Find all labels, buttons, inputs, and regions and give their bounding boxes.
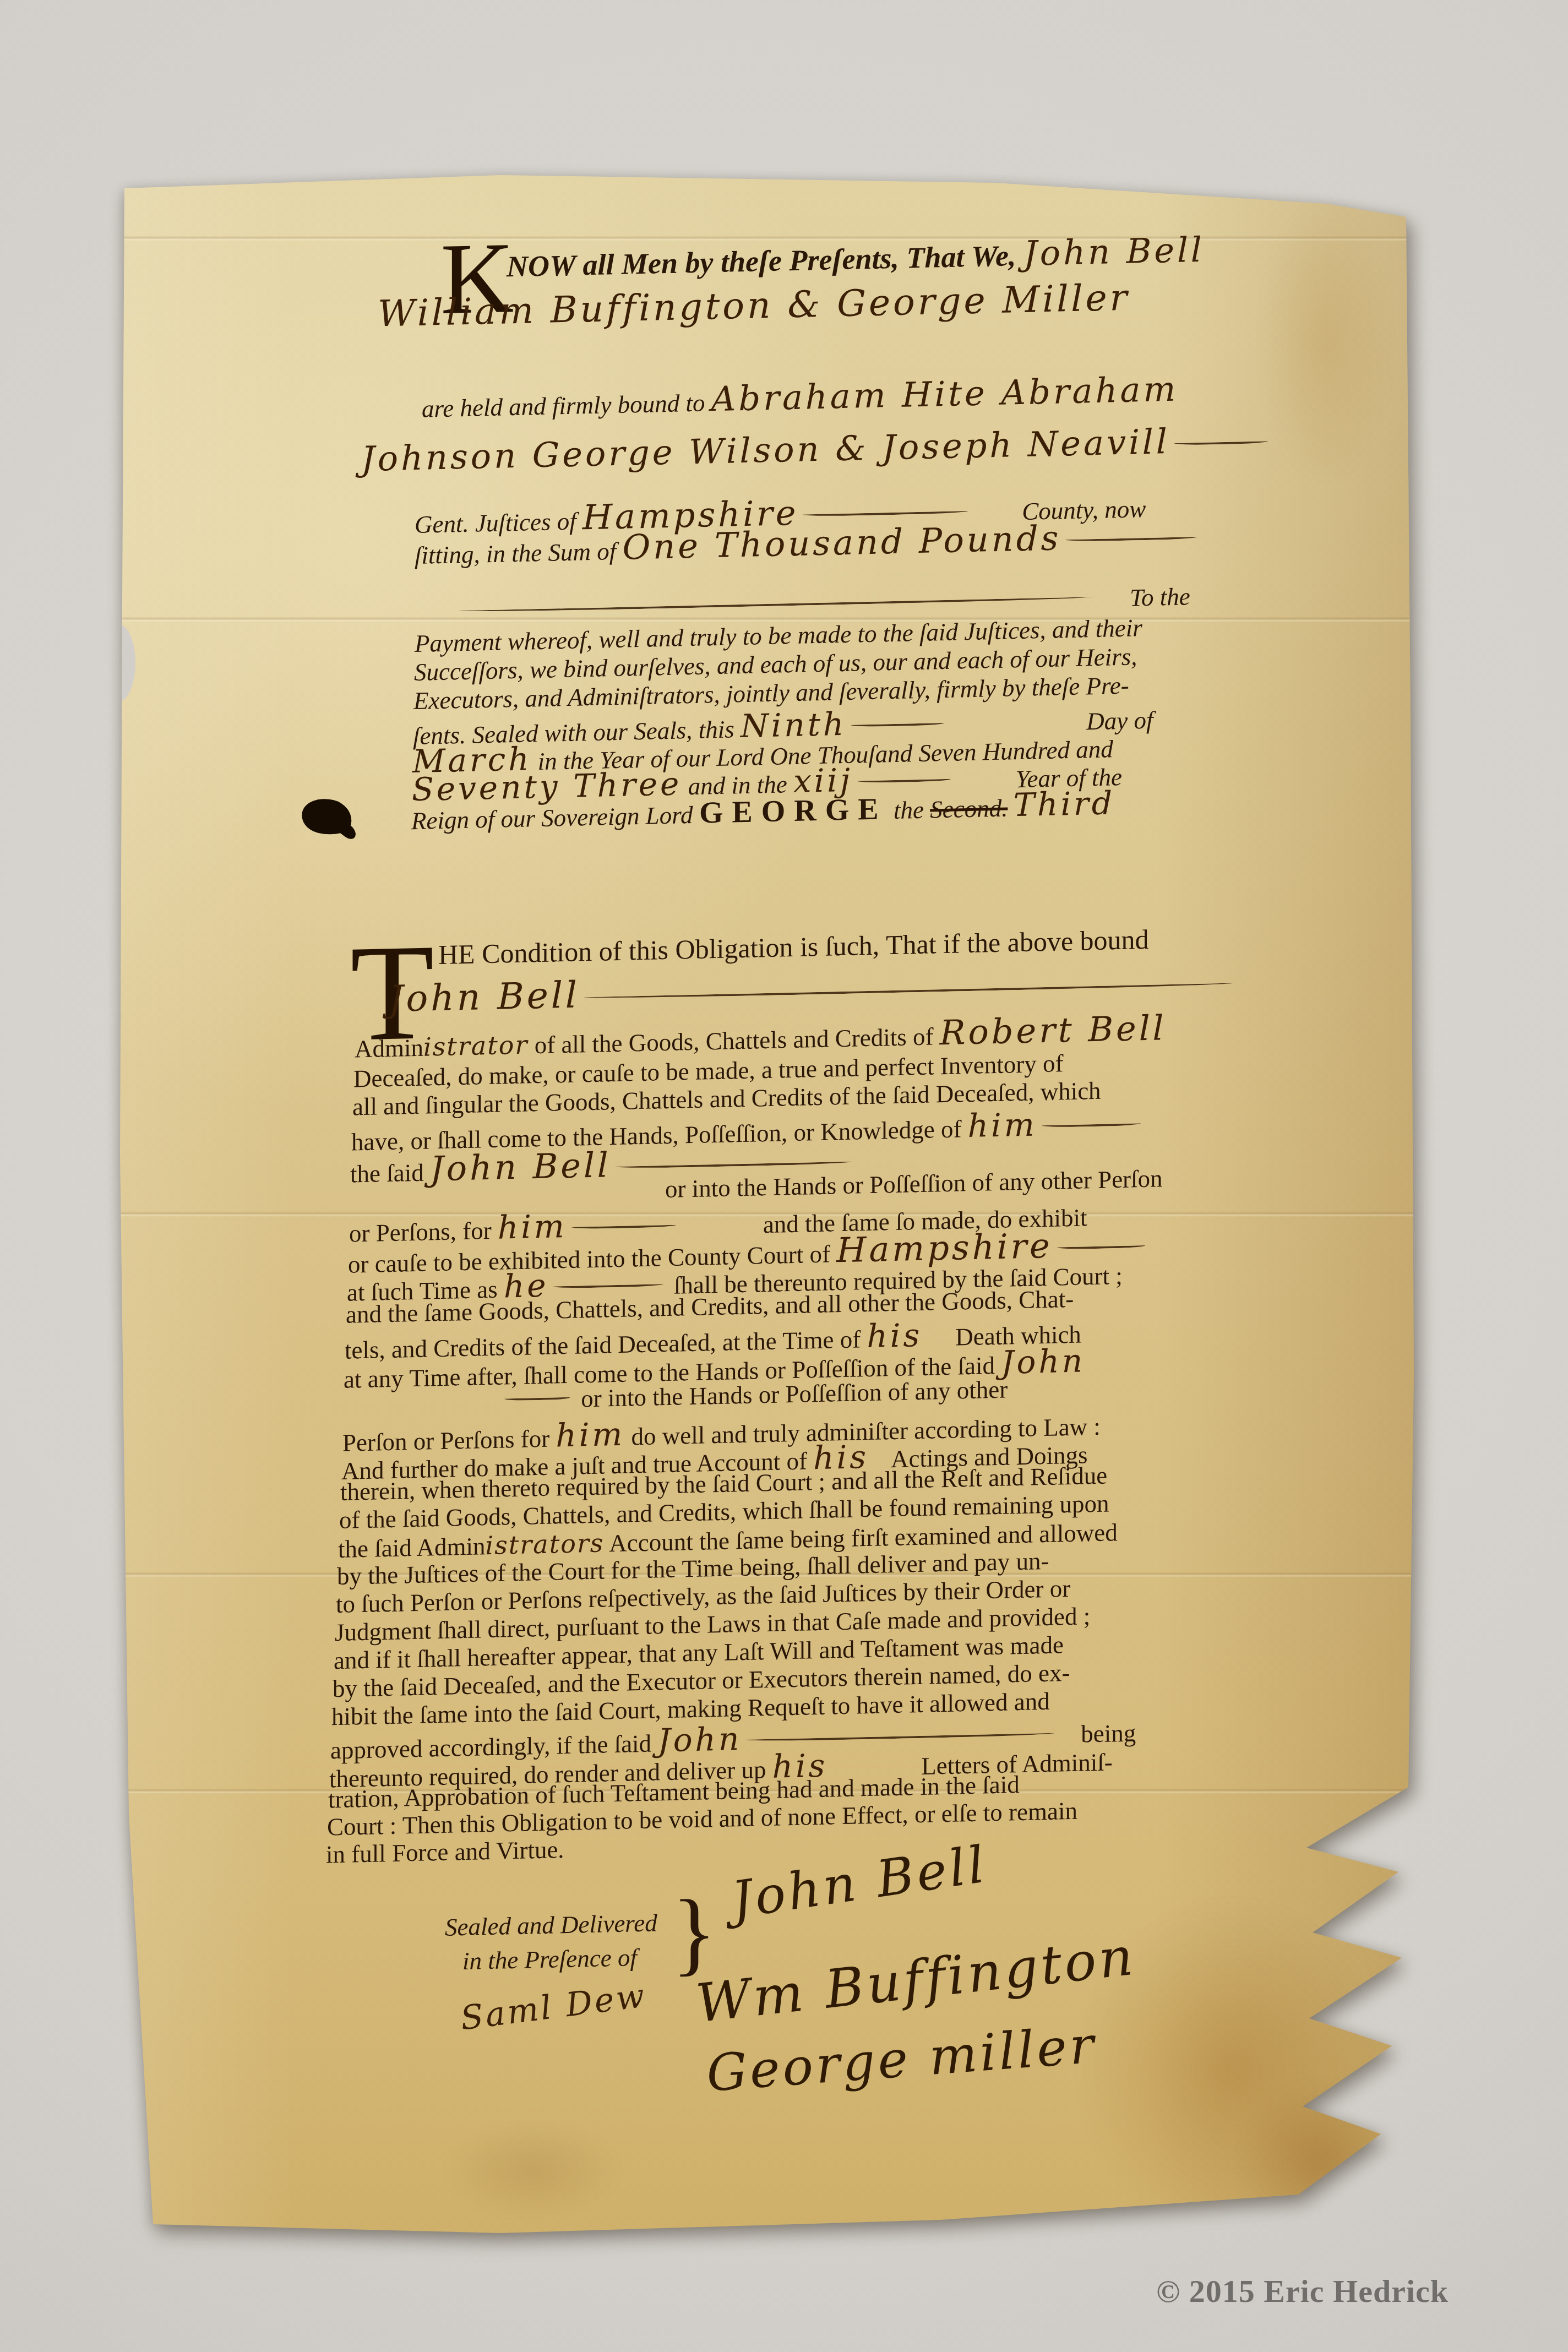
attestation-line: in the Preſence of [462,1943,637,1975]
ink-rule [504,1394,570,1401]
ink-rule [851,720,944,727]
ink-rule [571,1222,676,1229]
document-text-layer: K T NOW all Men by theſe Preſents, That … [115,142,1414,2251]
attestation-brace: } [672,1885,717,1980]
ink-rule [857,776,951,783]
ink-rule [1042,1120,1141,1128]
handwritten-text: John Bell [1023,230,1205,274]
document-paper: K T NOW all Men by theſe Preſents, That … [115,164,1414,2245]
printed-text: Reign of our Sovereign Lord [411,801,699,835]
ink-rule [1065,533,1197,542]
witness-signature: Saml Dew [459,1976,648,2038]
handwritten-text: John Bell [389,973,580,1020]
handwritten-text: Abraham Hite Abraham [711,369,1178,420]
ink-rule [746,1730,1054,1742]
handwritten-text: him [968,1106,1037,1145]
printed-text: Admin [355,1034,423,1063]
printed-text: Second. [930,794,1008,823]
handwritten-text: Third [1013,784,1114,824]
printed-text: are held and firmly bound to [422,389,711,422]
photo-background: K T NOW all Men by theſe Preſents, That … [0,0,1568,2352]
handwritten-text: istrator [423,1030,528,1061]
signature-george-miller: George miller [705,2016,1098,2103]
doc-line: are held and firmly bound to Abraham Hit… [422,369,1178,426]
doc-line: in full Force and Virtue. [326,1835,564,1869]
printed-text: NOW all Men by theſe Preſents, That We, [507,239,1023,283]
printed-text: the ſaid [350,1158,430,1188]
handwritten-text: John [1001,1342,1085,1381]
signature-john-bell: John Bell [728,1834,990,1930]
handwritten-text: John Bell [430,1145,611,1189]
handwritten-text: Johnson George Wilson & Joseph Neavill [361,421,1170,479]
printed-text: To the [1130,582,1190,611]
ink-rule [1174,438,1268,445]
handwritten-text: istrators [485,1528,604,1560]
printed-text: the [888,796,930,825]
printed-text: in full Force and Virtue. [326,1836,564,1868]
printed-text: Sealed and Delivered [445,1909,657,1941]
printed-text: the ſaid Admin [338,1532,485,1563]
printed-text: in the Preſence of [462,1943,637,1975]
spacer [1097,606,1130,607]
printed-text: ſitting, in the Sum of [415,537,623,569]
handwritten-text: Robert Bell [940,1008,1167,1053]
ink-rule [616,1158,852,1169]
doc-line: Johnson George Wilson & Joseph Neavill [361,419,1272,479]
ink-rule [803,508,968,517]
copyright-watermark: © 2015 Eric Hedrick [1156,2273,1449,2310]
ink-rule [459,594,1092,613]
printed-text: GEORGE [699,792,888,830]
ink-rule [553,1281,663,1288]
ink-rule [584,980,1234,1000]
attestation-line: Sealed and Delivered [445,1908,657,1941]
ink-rule [1057,1242,1145,1249]
ink-blot [298,794,356,840]
